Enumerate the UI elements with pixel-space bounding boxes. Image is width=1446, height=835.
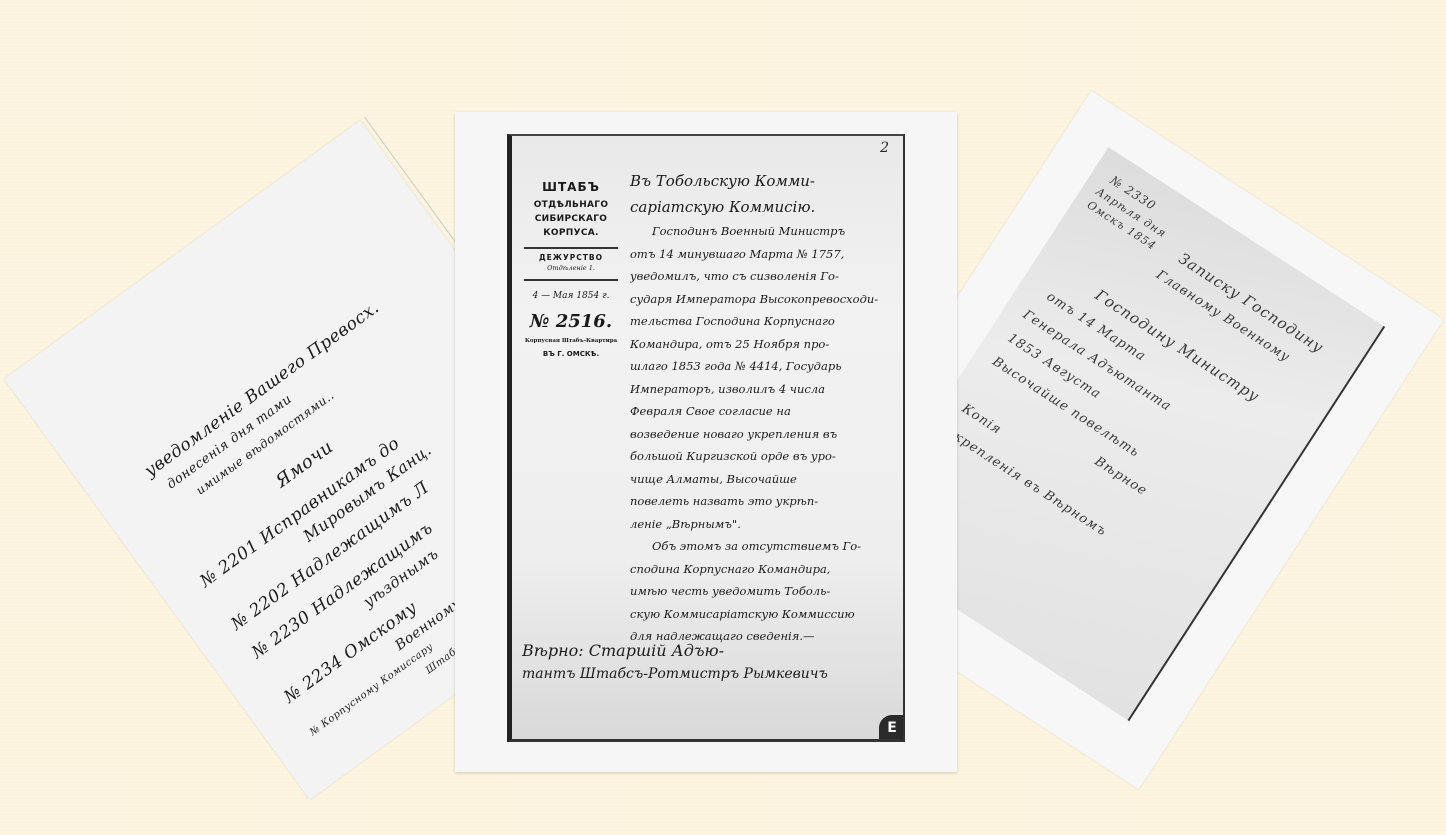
handwritten-line: Копія [959,401,1004,438]
body-line: леніе „Вѣрнымъ". [630,513,898,536]
body-line: имѣю честь уведомить Тоболь- [630,580,898,603]
body-line: шлаго 1853 года № 4414, Государь [630,355,898,378]
body-line: тельства Господина Корпуснаго [630,310,898,333]
document-number: № 2516. [518,311,624,332]
handwritten-line: Вѣрное [1092,454,1150,499]
divider [524,247,618,249]
body-line: большой Киргизской орде въ уро- [630,445,898,468]
signature-line: тантъ Штабсъ-Ротмистръ Рымкевичъ [522,666,902,682]
body-line: Господинъ Военный Министръ [630,220,898,243]
handwritten-line: укрепленія въ Вѣрномъ [944,425,1110,540]
letter-body: Въ Тобольскую Комми- саріатскую Коммисію… [630,168,898,648]
office: Корпусная Штабъ-Квартира [518,338,624,344]
center-document: 2 ШТАБЪ ОТДѢЛЬНАГО СИБИРСКАГО КОРПУСА. Д… [455,112,957,772]
letterhead-title: ШТАБЪ [518,180,624,194]
body-line: скую Коммисаріатскую Коммиссию [630,603,898,626]
page-number: 2 [880,140,889,156]
body-line: уведомилъ, что съ сизволенія Го- [630,265,898,288]
city: ВЪ Г. ОМСКѢ. [518,350,624,358]
signature-line: Вѣрно: Старшій Адъю- [522,641,902,660]
body-line: отъ 14 минувшаго Марта № 1757, [630,243,898,266]
divider [524,279,618,281]
corner-badge-icon: Е [879,715,905,741]
body-line: чище Алматы, Высочайше [630,468,898,491]
body-line: повелеть назвать это укрѣп- [630,490,898,513]
letterhead: ШТАБЪ ОТДѢЛЬНАГО СИБИРСКАГО КОРПУСА. ДЕЖ… [518,180,624,358]
body-line: Объ этомъ за отсутствиемъ Го- [630,535,898,558]
date: 4 — Мая 1854 г. [518,291,624,301]
body-line: Февраля Свое согласие на [630,400,898,423]
body-line: Въ Тобольскую Комми- [630,168,898,194]
scanned-letter: 2 ШТАБЪ ОТДѢЛЬНАГО СИБИРСКАГО КОРПУСА. Д… [507,134,905,742]
body-line: сударя Императора Высокопревосходи- [630,288,898,311]
letterhead-line: СИБИРСКАГО [518,212,624,226]
body-line: саріатскую Коммисію. [630,194,898,220]
department: ДЕЖУРСТВО [518,253,624,262]
letterhead-line: КОРПУСА. [518,226,624,240]
body-line: Императоръ, изволилъ 4 числа [630,378,898,401]
body-line: сподина Корпуснаго Командира, [630,558,898,581]
letterhead-subtitle: ОТДѢЛЬНАГО СИБИРСКАГО КОРПУСА. [518,198,624,240]
body-line: возведение новаго укрепления въ [630,423,898,446]
signature-block: Вѣрно: Старшій Адъю- тантъ Штабсъ-Ротмис… [522,641,902,682]
section: Отдѣленіе 1. [518,264,624,272]
letterhead-line: ОТДѢЛЬНАГО [518,198,624,212]
body-line: Командира, отъ 25 Ноября про- [630,333,898,356]
